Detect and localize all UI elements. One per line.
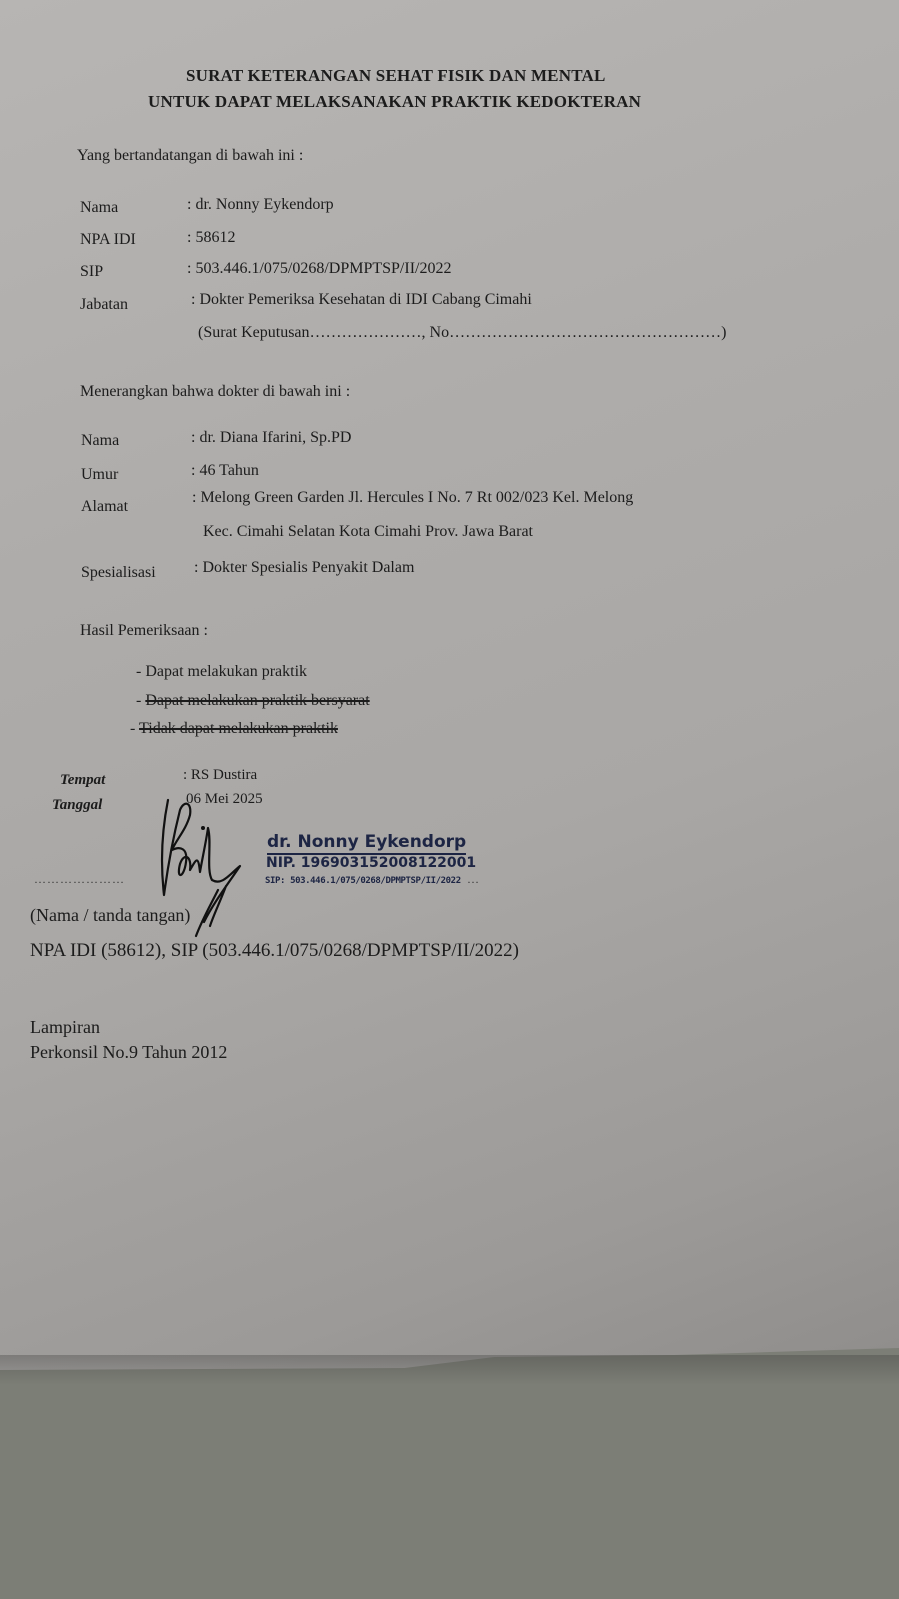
document-paper [0,0,899,1370]
signature-dotted-line-right: … [467,872,480,887]
statement-text: Menerangkan bahwa dokter di bawah ini : [80,383,350,401]
signer-npa-value: : 58612 [187,229,235,247]
subject-specialization-value: : Dokter Spesialis Penyakit Dalam [194,559,414,577]
intro-text: Yang bertandatangan di bawah ini : [77,147,303,165]
surat-keputusan-line: (Surat Keputusan…………………, No…………………………………… [198,324,726,342]
paper-edge-shadow [0,1355,899,1385]
subject-address-line1: : Melong Green Garden Jl. Hercules I No.… [192,489,633,507]
stamp-nip: NIP. 196903152008122001 [266,855,476,871]
result-item-struck: - Dapat melakukan praktik bersyarat [136,692,370,710]
signer-sip-value: : 503.446.1/075/0268/DPMPTSP/II/2022 [187,260,451,278]
signature-dotted-line-left: ………………… [34,872,125,887]
subject-address-label: Alamat [81,498,128,516]
tanggal-label: Tanggal [52,797,102,814]
stamp-sip: SIP: 503.446.1/075/0268/DPMPTSP/II/2022 [265,876,461,886]
results-heading: Hasil Pemeriksaan : [80,622,208,640]
result-text: Dapat melakukan praktik bersyarat [145,692,369,709]
signer-jabatan-value: : Dokter Pemeriksa Kesehatan di IDI Caba… [191,291,532,309]
lampiran-label: Lampiran [30,1017,100,1038]
tempat-value: : RS Dustira [183,767,257,784]
subject-address-line2: Kec. Cimahi Selatan Kota Cimahi Prov. Ja… [203,523,533,541]
result-item: - Dapat melakukan praktik [136,663,307,681]
footer-registration-ids: NPA IDI (58612), SIP (503.446.1/075/0268… [30,940,519,962]
document-title-line2: UNTUK DAPAT MELAKSANAKAN PRAKTIK KEDOKTE… [148,92,641,112]
result-dash: - [136,692,145,709]
perkonsil-reference: Perkonsil No.9 Tahun 2012 [30,1042,227,1063]
signer-name-value: : dr. Nonny Eykendorp [187,196,334,214]
result-dash: - [136,663,145,680]
result-item-struck: - Tidak dapat melakukan praktik [130,720,338,738]
subject-name-label: Nama [81,432,119,450]
result-dash: - [130,720,139,737]
subject-age-label: Umur [81,466,118,484]
signer-jabatan-label: Jabatan [80,296,128,314]
subject-specialization-label: Spesialisasi [81,564,156,582]
tempat-label: Tempat [60,772,105,789]
signer-npa-label: NPA IDI [80,231,136,249]
subject-age-value: : 46 Tahun [191,462,259,480]
signer-name-label: Nama [80,199,118,217]
result-text: Dapat melakukan praktik [145,663,307,680]
result-text: Tidak dapat melakukan praktik [139,720,338,737]
signature-caption: (Nama / tanda tangan) [30,905,190,926]
stamp-doctor-name: dr. Nonny Eykendorp [267,832,466,855]
document-title-line1: SURAT KETERANGAN SEHAT FISIK DAN MENTAL [186,66,606,86]
signer-sip-label: SIP [80,263,103,281]
subject-name-value: : dr. Diana Ifarini, Sp.PD [191,429,351,447]
